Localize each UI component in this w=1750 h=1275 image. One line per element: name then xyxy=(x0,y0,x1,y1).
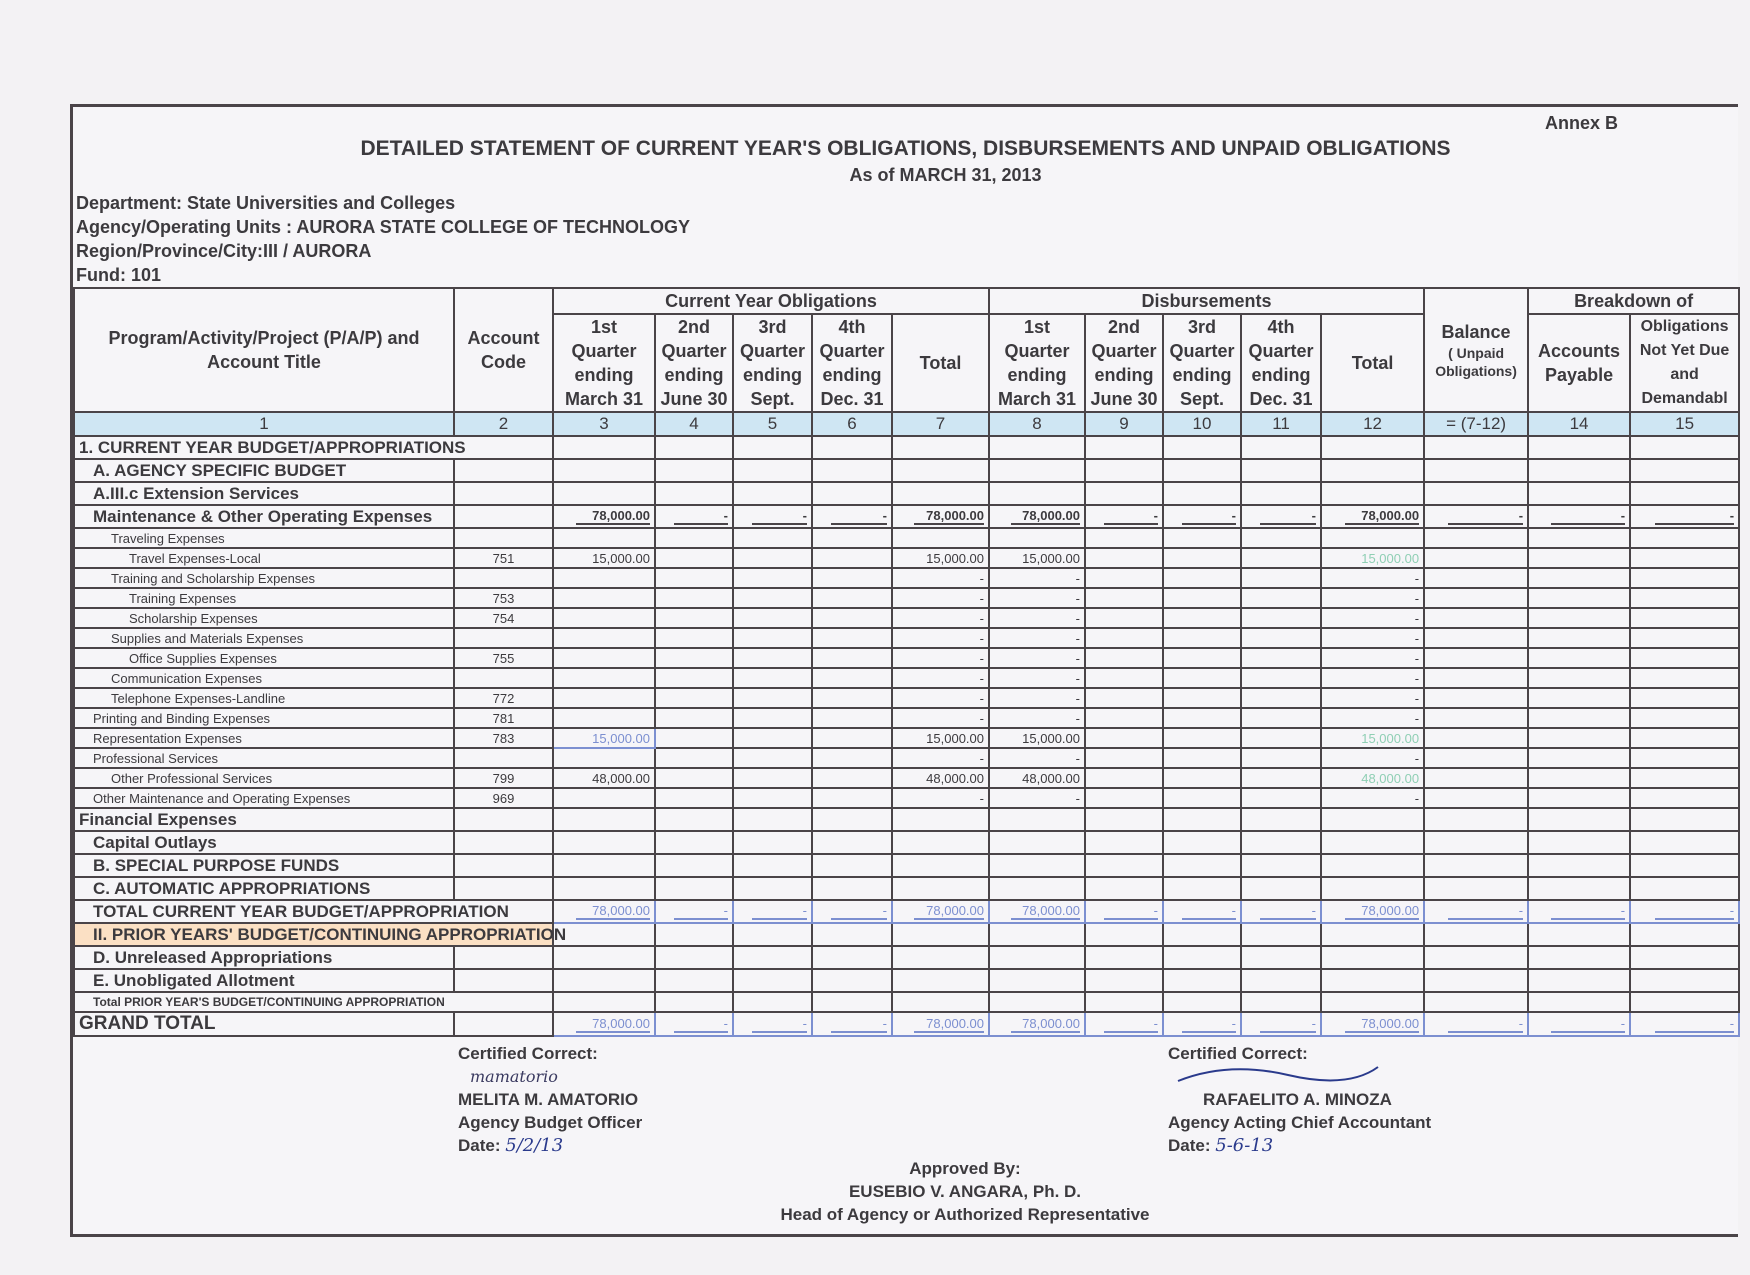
amount-cell xyxy=(1424,459,1528,482)
amount-cell: - xyxy=(892,688,989,708)
amount-cell xyxy=(1528,528,1630,548)
amount-value: - xyxy=(980,671,984,686)
amount-cell xyxy=(812,768,892,788)
amount-cell xyxy=(1424,708,1528,728)
amount-cell xyxy=(1528,628,1630,648)
amount-cell xyxy=(892,946,989,969)
amount-cell xyxy=(1424,748,1528,768)
signatory-position: Agency Acting Chief Accountant xyxy=(1168,1111,1431,1134)
amount-cell xyxy=(655,923,733,946)
account-title: TOTAL CURRENT YEAR BUDGET/APPROPRIATION xyxy=(74,900,553,923)
amount-cell: - xyxy=(989,688,1085,708)
table-row: Total PRIOR YEAR'S BUDGET/CONTINUING APP… xyxy=(74,992,1739,1012)
table-row: Financial Expenses xyxy=(74,808,1739,831)
amount-value: - xyxy=(752,508,807,525)
amount-cell xyxy=(1163,459,1241,482)
column-number: 10 xyxy=(1163,412,1241,436)
amount-cell xyxy=(733,831,812,854)
table-row: C. AUTOMATIC APPROPRIATIONS xyxy=(74,877,1739,900)
amount-cell: - xyxy=(1085,1012,1163,1036)
amount-cell: 78,000.00 xyxy=(989,1012,1085,1036)
amount-cell xyxy=(1163,688,1241,708)
amount-cell xyxy=(1321,877,1424,900)
amount-cell xyxy=(733,528,812,548)
header-disbursements: Disbursements xyxy=(989,288,1424,314)
amount-cell: 15,000.00 xyxy=(1321,728,1424,748)
amount-cell: - xyxy=(989,788,1085,808)
amount-value: - xyxy=(1415,671,1419,686)
amount-value: - xyxy=(752,903,807,920)
account-code xyxy=(454,1012,553,1036)
amount-cell xyxy=(1241,923,1321,946)
amount-cell xyxy=(1241,854,1321,877)
amount-cell xyxy=(1424,608,1528,628)
statement-document: Annex B DETAILED STATEMENT OF CURRENT YE… xyxy=(70,104,1738,1237)
header-obl-q4: 4th Quarter ending Dec. 31 xyxy=(812,314,892,412)
obligations-table: Program/Activity/Project (P/A/P) and Acc… xyxy=(73,287,1740,1037)
amount-cell xyxy=(733,608,812,628)
amount-value: - xyxy=(1076,791,1080,806)
account-title: B. SPECIAL PURPOSE FUNDS xyxy=(74,854,454,877)
amount-value: 78,000.00 xyxy=(576,1016,650,1033)
amount-cell xyxy=(812,482,892,505)
table-row: Professional Services--- xyxy=(74,748,1739,768)
amount-value: - xyxy=(1076,671,1080,686)
amount-cell xyxy=(1424,668,1528,688)
amount-cell xyxy=(812,831,892,854)
amount-cell xyxy=(1630,788,1739,808)
amount-cell xyxy=(812,668,892,688)
amount-cell xyxy=(553,628,655,648)
account-title: Supplies and Materials Expenses xyxy=(74,628,454,648)
amount-cell xyxy=(892,992,989,1012)
amount-cell xyxy=(1085,788,1163,808)
table-row: Other Maintenance and Operating Expenses… xyxy=(74,788,1739,808)
amount-value: - xyxy=(980,571,984,586)
amount-cell xyxy=(1528,788,1630,808)
account-code xyxy=(454,831,553,854)
account-title: GRAND TOTAL xyxy=(74,1012,454,1036)
amount-cell xyxy=(1321,482,1424,505)
amount-cell xyxy=(1321,854,1424,877)
amount-cell xyxy=(655,588,733,608)
amount-cell xyxy=(1163,768,1241,788)
amount-cell xyxy=(1163,588,1241,608)
amount-cell xyxy=(1630,628,1739,648)
amount-cell xyxy=(1528,436,1630,459)
account-title: Telephone Expenses-Landline xyxy=(74,688,454,708)
amount-cell xyxy=(655,831,733,854)
amount-cell xyxy=(733,668,812,688)
table-row: Representation Expenses78315,000.0015,00… xyxy=(74,728,1739,748)
amount-cell: 78,000.00 xyxy=(553,900,655,923)
amount-cell xyxy=(655,808,733,831)
amount-value: - xyxy=(1415,571,1419,586)
amount-cell xyxy=(989,528,1085,548)
amount-value: 15,000.00 xyxy=(592,551,650,566)
account-code: 751 xyxy=(454,548,553,568)
account-code xyxy=(454,459,553,482)
amount-cell xyxy=(1241,608,1321,628)
amount-cell xyxy=(733,808,812,831)
amount-cell: 48,000.00 xyxy=(989,768,1085,788)
amount-cell xyxy=(989,831,1085,854)
amount-cell xyxy=(1630,877,1739,900)
amount-cell xyxy=(553,436,655,459)
amount-value: - xyxy=(1448,508,1523,525)
amount-cell xyxy=(892,831,989,854)
amount-cell xyxy=(1321,946,1424,969)
amount-cell xyxy=(553,568,655,588)
account-code xyxy=(454,946,553,969)
amount-value: 78,000.00 xyxy=(1011,508,1080,525)
account-code: 969 xyxy=(454,788,553,808)
approved-heading: Approved By: xyxy=(685,1157,1245,1180)
header-pap: Program/Activity/Project (P/A/P) and Acc… xyxy=(74,288,454,412)
amount-cell xyxy=(1630,482,1739,505)
amount-cell xyxy=(812,788,892,808)
amount-cell xyxy=(655,482,733,505)
amount-cell xyxy=(1163,436,1241,459)
amount-cell: - xyxy=(989,568,1085,588)
amount-cell: - xyxy=(1321,568,1424,588)
amount-cell xyxy=(812,568,892,588)
amount-cell: - xyxy=(655,900,733,923)
amount-cell xyxy=(1630,708,1739,728)
amount-cell xyxy=(892,482,989,505)
amount-cell xyxy=(1241,728,1321,748)
amount-cell: 78,000.00 xyxy=(553,1012,655,1036)
amount-value: - xyxy=(1182,1016,1236,1033)
document-title: DETAILED STATEMENT OF CURRENT YEAR'S OBL… xyxy=(73,137,1738,161)
amount-cell xyxy=(733,877,812,900)
amount-cell xyxy=(1528,668,1630,688)
amount-cell xyxy=(1163,877,1241,900)
amount-cell xyxy=(1528,992,1630,1012)
amount-cell xyxy=(1241,788,1321,808)
amount-cell xyxy=(553,748,655,768)
account-title: Scholarship Expenses xyxy=(74,608,454,628)
amount-cell xyxy=(1163,831,1241,854)
amount-cell xyxy=(655,992,733,1012)
amount-value: 48,000.00 xyxy=(592,771,650,786)
amount-cell xyxy=(1085,648,1163,668)
amount-cell xyxy=(989,482,1085,505)
amount-cell xyxy=(1424,877,1528,900)
amount-cell xyxy=(1163,992,1241,1012)
account-code xyxy=(454,668,553,688)
amount-cell xyxy=(1424,436,1528,459)
amount-cell: 78,000.00 xyxy=(1321,505,1424,528)
amount-value: 15,000.00 xyxy=(926,731,984,746)
amount-cell xyxy=(733,748,812,768)
column-number: 7 xyxy=(892,412,989,436)
amount-value: - xyxy=(674,1016,728,1033)
amount-cell xyxy=(1085,548,1163,568)
amount-cell xyxy=(1424,648,1528,668)
amount-cell xyxy=(733,768,812,788)
amount-cell xyxy=(1241,969,1321,992)
amount-value: - xyxy=(674,903,728,920)
amount-cell: - xyxy=(1321,688,1424,708)
table-row: Supplies and Materials Expenses--- xyxy=(74,628,1739,648)
amount-cell xyxy=(1528,768,1630,788)
amount-value: - xyxy=(1260,903,1316,920)
amount-cell: 15,000.00 xyxy=(553,548,655,568)
amount-cell xyxy=(1163,946,1241,969)
amount-value: - xyxy=(1415,791,1419,806)
amount-cell xyxy=(553,969,655,992)
amount-cell: 78,000.00 xyxy=(989,505,1085,528)
account-title: II. PRIOR YEARS' BUDGET/CONTINUING APPRO… xyxy=(74,923,553,946)
amount-cell xyxy=(1630,831,1739,854)
amount-cell xyxy=(1630,946,1739,969)
amount-cell xyxy=(1085,588,1163,608)
amount-cell xyxy=(892,436,989,459)
table-row: Travel Expenses-Local75115,000.0015,000.… xyxy=(74,548,1739,568)
amount-value: - xyxy=(1104,1016,1158,1033)
amount-value: 78,000.00 xyxy=(1345,508,1419,525)
amount-cell xyxy=(1163,568,1241,588)
table-row: E. Unobligated Allotment xyxy=(74,969,1739,992)
amount-cell xyxy=(553,992,655,1012)
agency: Agency/Operating Units : AURORA STATE CO… xyxy=(76,215,690,239)
amount-cell xyxy=(1630,688,1739,708)
amount-cell xyxy=(812,992,892,1012)
amount-cell xyxy=(1163,668,1241,688)
amount-value: - xyxy=(1076,571,1080,586)
signatory-date: Date: 5/2/13 xyxy=(458,1134,642,1157)
amount-value: - xyxy=(1260,508,1316,525)
amount-cell xyxy=(1163,748,1241,768)
amount-cell: 78,000.00 xyxy=(989,900,1085,923)
amount-cell xyxy=(812,628,892,648)
amount-cell xyxy=(1241,568,1321,588)
amount-cell xyxy=(1085,946,1163,969)
amount-cell xyxy=(1241,992,1321,1012)
amount-cell xyxy=(1528,708,1630,728)
amount-cell: - xyxy=(1321,628,1424,648)
amount-value: - xyxy=(1415,591,1419,606)
amount-cell xyxy=(1241,436,1321,459)
signatory-budget-officer: Certified Correct: mamatorio MELITA M. A… xyxy=(458,1042,642,1157)
amount-cell xyxy=(1085,608,1163,628)
amount-cell: - xyxy=(1630,900,1739,923)
amount-cell: - xyxy=(1528,1012,1630,1036)
amount-cell xyxy=(1528,459,1630,482)
amount-cell: - xyxy=(1321,708,1424,728)
amount-value: - xyxy=(1551,508,1625,525)
amount-cell: - xyxy=(989,628,1085,648)
amount-cell: - xyxy=(989,588,1085,608)
amount-cell: - xyxy=(892,788,989,808)
amount-cell xyxy=(812,688,892,708)
amount-cell: 48,000.00 xyxy=(1321,768,1424,788)
amount-cell xyxy=(812,588,892,608)
account-code xyxy=(454,808,553,831)
amount-cell: - xyxy=(1630,505,1739,528)
amount-cell: - xyxy=(812,900,892,923)
amount-value: - xyxy=(1076,651,1080,666)
amount-cell: - xyxy=(892,668,989,688)
amount-value: - xyxy=(1260,1016,1316,1033)
document-meta: Department: State Universities and Colle… xyxy=(76,191,690,287)
account-title: Communication Expenses xyxy=(74,668,454,688)
amount-cell xyxy=(1528,748,1630,768)
amount-cell xyxy=(655,436,733,459)
table-row: Scholarship Expenses754--- xyxy=(74,608,1739,628)
amount-cell xyxy=(655,548,733,568)
amount-cell xyxy=(892,877,989,900)
as-of-date: As of MARCH 31, 2013 xyxy=(73,165,1738,186)
certified-heading: Certified Correct: xyxy=(458,1042,642,1065)
header-not-yet-due: Obligations Not Yet Due and Demandabl xyxy=(1630,314,1739,412)
amount-cell xyxy=(655,969,733,992)
column-number: 8 xyxy=(989,412,1085,436)
amount-cell xyxy=(553,528,655,548)
amount-cell xyxy=(1163,969,1241,992)
signature-amatorio: mamatorio xyxy=(458,1065,642,1088)
amount-cell xyxy=(733,854,812,877)
amount-cell xyxy=(812,854,892,877)
amount-cell xyxy=(812,459,892,482)
amount-value: - xyxy=(1448,903,1523,920)
signature-minoza xyxy=(1168,1065,1431,1088)
amount-cell xyxy=(1424,992,1528,1012)
amount-cell xyxy=(1163,628,1241,648)
amount-cell xyxy=(1630,768,1739,788)
amount-cell xyxy=(812,923,892,946)
amount-cell xyxy=(1321,923,1424,946)
amount-cell xyxy=(1528,482,1630,505)
fund: Fund: 101 xyxy=(76,263,690,287)
account-title: D. Unreleased Appropriations xyxy=(74,946,454,969)
amount-cell xyxy=(733,628,812,648)
account-code xyxy=(454,568,553,588)
amount-cell xyxy=(733,548,812,568)
amount-value: - xyxy=(980,631,984,646)
amount-cell xyxy=(655,528,733,548)
account-title: A.III.c Extension Services xyxy=(74,482,454,505)
account-title: Representation Expenses xyxy=(74,728,454,748)
amount-cell xyxy=(1163,854,1241,877)
amount-cell xyxy=(553,688,655,708)
amount-cell xyxy=(1241,588,1321,608)
amount-value: - xyxy=(1076,751,1080,766)
amount-cell xyxy=(1630,923,1739,946)
amount-value: 15,000.00 xyxy=(1022,731,1080,746)
amount-value: - xyxy=(674,508,728,525)
amount-cell: - xyxy=(989,708,1085,728)
column-number: 5 xyxy=(733,412,812,436)
amount-cell xyxy=(1528,923,1630,946)
amount-cell xyxy=(1085,992,1163,1012)
amount-cell xyxy=(812,969,892,992)
region: Region/Province/City:III / AURORA xyxy=(76,239,690,263)
table-row: Other Professional Services79948,000.004… xyxy=(74,768,1739,788)
amount-value: 48,000.00 xyxy=(1361,771,1419,786)
amount-cell: - xyxy=(1424,900,1528,923)
amount-cell: 15,000.00 xyxy=(989,548,1085,568)
amount-cell xyxy=(1241,946,1321,969)
amount-value: 48,000.00 xyxy=(926,771,984,786)
amount-cell xyxy=(989,436,1085,459)
amount-cell xyxy=(1528,588,1630,608)
account-title: Other Professional Services xyxy=(74,768,454,788)
amount-cell: 78,000.00 xyxy=(892,900,989,923)
amount-cell: - xyxy=(892,708,989,728)
amount-cell: - xyxy=(1163,900,1241,923)
amount-value: - xyxy=(1415,611,1419,626)
amount-cell xyxy=(1630,668,1739,688)
amount-value: 15,000.00 xyxy=(1022,551,1080,566)
amount-cell xyxy=(1630,588,1739,608)
amount-value: - xyxy=(980,591,984,606)
amount-cell: - xyxy=(1630,1012,1739,1036)
amount-cell xyxy=(1241,548,1321,568)
amount-cell xyxy=(1163,548,1241,568)
account-title: Capital Outlays xyxy=(74,831,454,854)
amount-cell xyxy=(655,946,733,969)
table-row: Traveling Expenses xyxy=(74,528,1739,548)
amount-cell xyxy=(1085,668,1163,688)
amount-value: - xyxy=(1655,903,1734,920)
amount-cell xyxy=(1241,628,1321,648)
account-title: 1. CURRENT YEAR BUDGET/APPROPRIATIONS xyxy=(74,436,553,459)
column-number: 14 xyxy=(1528,412,1630,436)
amount-cell xyxy=(733,969,812,992)
amount-cell: 78,000.00 xyxy=(1321,1012,1424,1036)
amount-value: 15,000.00 xyxy=(926,551,984,566)
amount-cell xyxy=(733,728,812,748)
amount-cell xyxy=(553,854,655,877)
amount-cell: - xyxy=(1528,505,1630,528)
amount-cell xyxy=(989,992,1085,1012)
column-number: 1 xyxy=(74,412,454,436)
amount-cell xyxy=(1630,748,1739,768)
column-number: 15 xyxy=(1630,412,1739,436)
amount-cell xyxy=(1163,808,1241,831)
amount-cell xyxy=(655,668,733,688)
amount-cell: - xyxy=(733,900,812,923)
header-disb-q2: 2nd Quarter ending June 30 xyxy=(1085,314,1163,412)
amount-cell xyxy=(989,969,1085,992)
amount-cell: - xyxy=(655,505,733,528)
amount-cell xyxy=(1085,482,1163,505)
amount-value: 78,000.00 xyxy=(1345,1016,1419,1033)
account-code: 781 xyxy=(454,708,553,728)
amount-value: - xyxy=(1415,631,1419,646)
amount-value: 78,000.00 xyxy=(914,903,984,920)
amount-cell: - xyxy=(892,628,989,648)
table-body: 1. CURRENT YEAR BUDGET/APPROPRIATIONSA. … xyxy=(74,436,1739,1036)
amount-cell xyxy=(892,808,989,831)
table-row: 1. CURRENT YEAR BUDGET/APPROPRIATIONS xyxy=(74,436,1739,459)
amount-cell xyxy=(733,788,812,808)
table-row: TOTAL CURRENT YEAR BUDGET/APPROPRIATION7… xyxy=(74,900,1739,923)
amount-cell xyxy=(1163,728,1241,748)
amount-cell xyxy=(1241,831,1321,854)
amount-cell: 78,000.00 xyxy=(1321,900,1424,923)
amount-cell: - xyxy=(1241,505,1321,528)
amount-cell xyxy=(812,808,892,831)
amount-cell xyxy=(1241,482,1321,505)
column-number: 12 xyxy=(1321,412,1424,436)
account-title: Training Expenses xyxy=(74,588,454,608)
table-row: Printing and Binding Expenses781--- xyxy=(74,708,1739,728)
account-code xyxy=(454,628,553,648)
table-row: B. SPECIAL PURPOSE FUNDS xyxy=(74,854,1739,877)
